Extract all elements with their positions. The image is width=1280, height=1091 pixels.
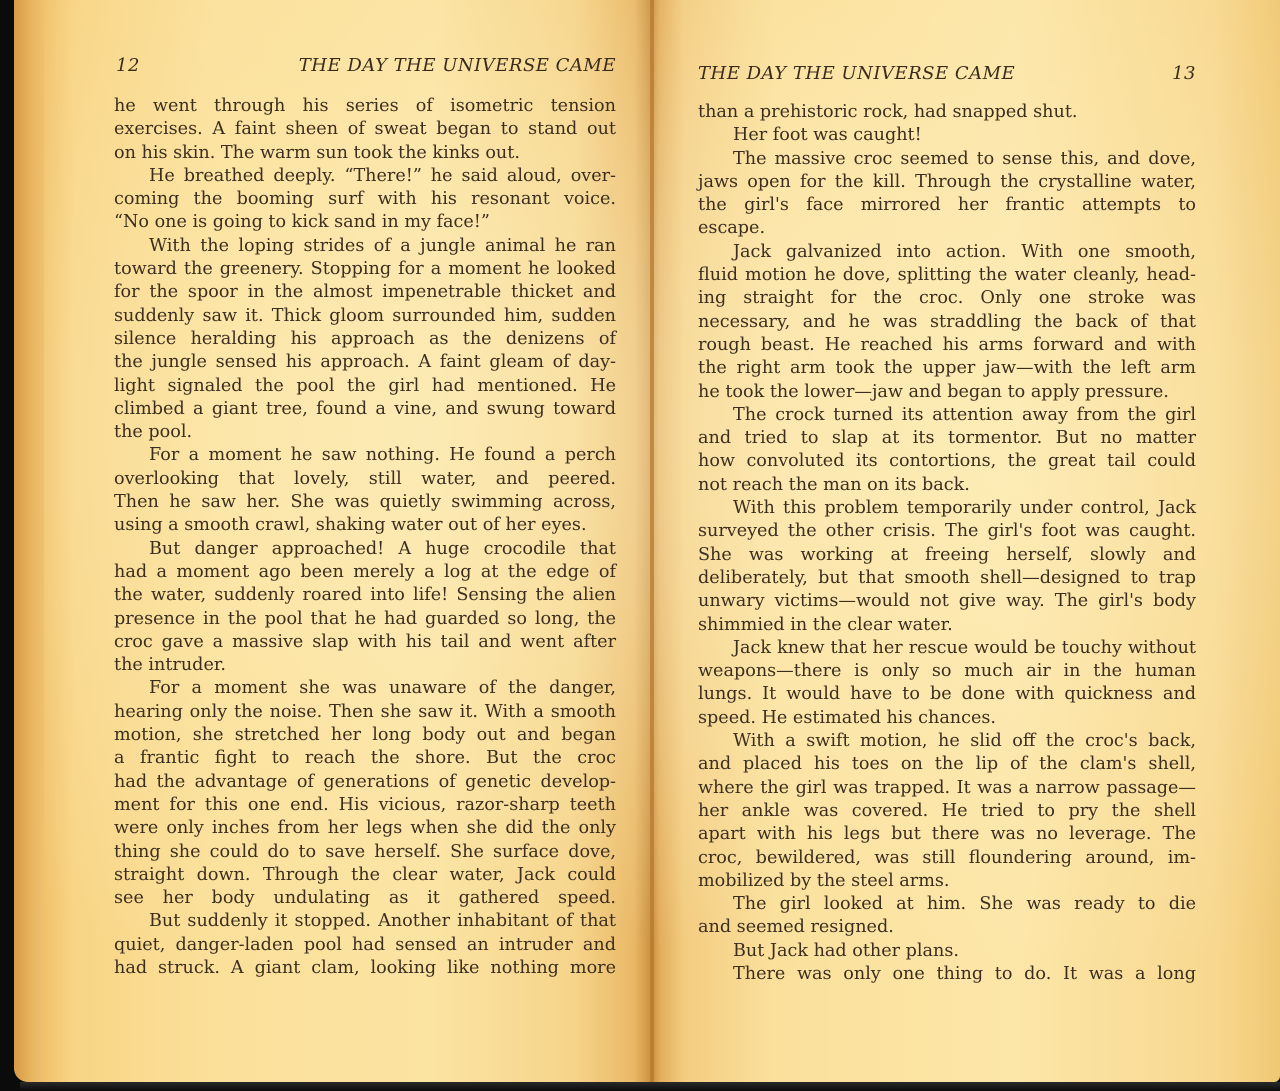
text-line: ing straight for the croc. Only one stro…: [698, 287, 1196, 310]
text-line: The girl looked at him. She was ready to…: [698, 893, 1196, 916]
text-line: see her body undulating as it gathered s…: [114, 887, 616, 910]
text-line: fluid motion he dove, splitting the wate…: [698, 264, 1196, 287]
page-edge-left: [14, 0, 44, 1082]
text-line: the right arm took the upper jaw—with th…: [698, 357, 1196, 380]
text-line: for the spoor in the almost impenetrable…: [114, 281, 616, 304]
text-line: the pool.: [114, 421, 616, 444]
text-line: Then he saw her. She was quietly swimmin…: [114, 491, 616, 514]
text-line: escape.: [698, 217, 1196, 240]
text-line: hearing only the noise. Then she saw it.…: [114, 701, 616, 724]
text-line: had struck. A giant clam, looking like n…: [114, 957, 616, 980]
text-line: thing she could do to save herself. She …: [114, 841, 616, 864]
text-line: unwary victims—would not give way. The g…: [698, 590, 1196, 613]
text-line: presence in the pool that he had guarded…: [114, 608, 616, 631]
text-line: not reach the man on its back.: [698, 474, 1196, 497]
left-page-body: he went through his series of isometric …: [114, 95, 616, 980]
text-line: how convoluted its contortions, the grea…: [698, 450, 1196, 473]
text-line: For a moment he saw nothing. He found a …: [114, 444, 616, 467]
text-line: exercises. A faint sheen of sweat began …: [114, 118, 616, 141]
text-line: Her foot was caught!: [698, 124, 1196, 147]
text-line: shimmied in the clear water.: [698, 614, 1196, 637]
text-line: weapons—there is only so much air in the…: [698, 660, 1196, 683]
text-line: lungs. It would have to be done with qui…: [698, 683, 1196, 706]
text-line: and seemed resigned.: [698, 916, 1196, 939]
text-line: silence heralding his approach as the de…: [114, 328, 616, 351]
text-line: He breathed deeply. “There!” he said alo…: [114, 165, 616, 188]
text-line: She was working at freeing herself, slow…: [698, 544, 1196, 567]
text-line: than a prehistoric rock, had snapped shu…: [698, 101, 1196, 124]
text-line: the girl's face mirrored her frantic att…: [698, 194, 1196, 217]
text-line: croc, bewildered, was still floundering …: [698, 847, 1196, 870]
text-line: With a swift motion, he slid off the cro…: [698, 730, 1196, 753]
text-line: With the loping strides of a jungle anim…: [114, 235, 616, 258]
text-line: straight down. Through the clear water, …: [114, 864, 616, 887]
text-line: and tried to slap at its tormentor. But …: [698, 427, 1196, 450]
text-line: overlooking that lovely, still water, an…: [114, 468, 616, 491]
page-number-left: 12: [116, 54, 140, 77]
text-line: rough beast. He reached his arms forward…: [698, 334, 1196, 357]
text-line: But danger approached! A huge crocodile …: [114, 538, 616, 561]
text-line: mobilized by the steel arms.: [698, 870, 1196, 893]
text-line: climbed a giant tree, found a vine, and …: [114, 398, 616, 421]
text-line: Jack galvanized into action. With one sm…: [698, 241, 1196, 264]
text-line: had a moment ago been merely a log at th…: [114, 561, 616, 584]
running-title-left: THE DAY THE UNIVERSE CAME: [299, 54, 616, 77]
page-number-right: 13: [1172, 62, 1196, 85]
text-line: croc gave a massive slap with his tail a…: [114, 631, 616, 654]
text-line: But Jack had other plans.: [698, 940, 1196, 963]
text-line: suddenly saw it. Thick gloom surrounded …: [114, 305, 616, 328]
text-line: a frantic fight to reach the shore. But …: [114, 747, 616, 770]
text-line: and placed his toes on the lip of the cl…: [698, 753, 1196, 776]
text-line: surveyed the other crisis. The girl's fo…: [698, 520, 1196, 543]
text-line: he went through his series of isometric …: [114, 95, 616, 118]
text-line: speed. He estimated his chances.: [698, 707, 1196, 730]
text-line: apart with his legs but there was no lev…: [698, 823, 1196, 846]
right-page-body: than a prehistoric rock, had snapped shu…: [698, 101, 1196, 986]
text-line: light signaled the pool the girl had men…: [114, 375, 616, 398]
text-line: necessary, and he was straddling the bac…: [698, 311, 1196, 334]
text-line: motion, she stretched her long body out …: [114, 724, 616, 747]
text-line: But suddenly it stopped. Another inhabit…: [114, 910, 616, 933]
text-line: For a moment she was unaware of the dang…: [114, 677, 616, 700]
text-line: her ankle was covered. He tried to pry t…: [698, 800, 1196, 823]
text-line: There was only one thing to do. It was a…: [698, 963, 1196, 986]
text-line: where the girl was trapped. It was a nar…: [698, 777, 1196, 800]
bottom-shadow: [20, 1082, 1280, 1091]
text-line: were only inches from her legs when she …: [114, 817, 616, 840]
text-line: the water, suddenly roared into life! Se…: [114, 584, 616, 607]
text-line: toward the greenery. Stopping for a mome…: [114, 258, 616, 281]
book-spine: [650, 0, 654, 1082]
text-line: With this problem temporarily under cont…: [698, 497, 1196, 520]
text-line: the intruder.: [114, 654, 616, 677]
text-line: had the advantage of generations of gene…: [114, 771, 616, 794]
text-line: deliberately, but that smooth shell—desi…: [698, 567, 1196, 590]
text-line: ment for this one end. His vicious, razo…: [114, 794, 616, 817]
text-line: he took the lower—jaw and began to apply…: [698, 381, 1196, 404]
text-line: the jungle sensed his approach. A faint …: [114, 351, 616, 374]
text-line: The massive croc seemed to sense this, a…: [698, 148, 1196, 171]
text-line: coming the booming surf with his resonan…: [114, 188, 616, 211]
text-line: on his skin. The warm sun took the kinks…: [114, 142, 616, 165]
text-line: quiet, danger-laden pool had sensed an i…: [114, 934, 616, 957]
text-line: jaws open for the kill. Through the crys…: [698, 171, 1196, 194]
text-line: The crock turned its attention away from…: [698, 404, 1196, 427]
text-line: “No one is going to kick sand in my face…: [114, 211, 616, 234]
text-line: Jack knew that her rescue would be touch…: [698, 637, 1196, 660]
running-title-right: THE DAY THE UNIVERSE CAME: [698, 62, 1015, 85]
text-line: using a smooth crawl, shaking water out …: [114, 514, 616, 537]
